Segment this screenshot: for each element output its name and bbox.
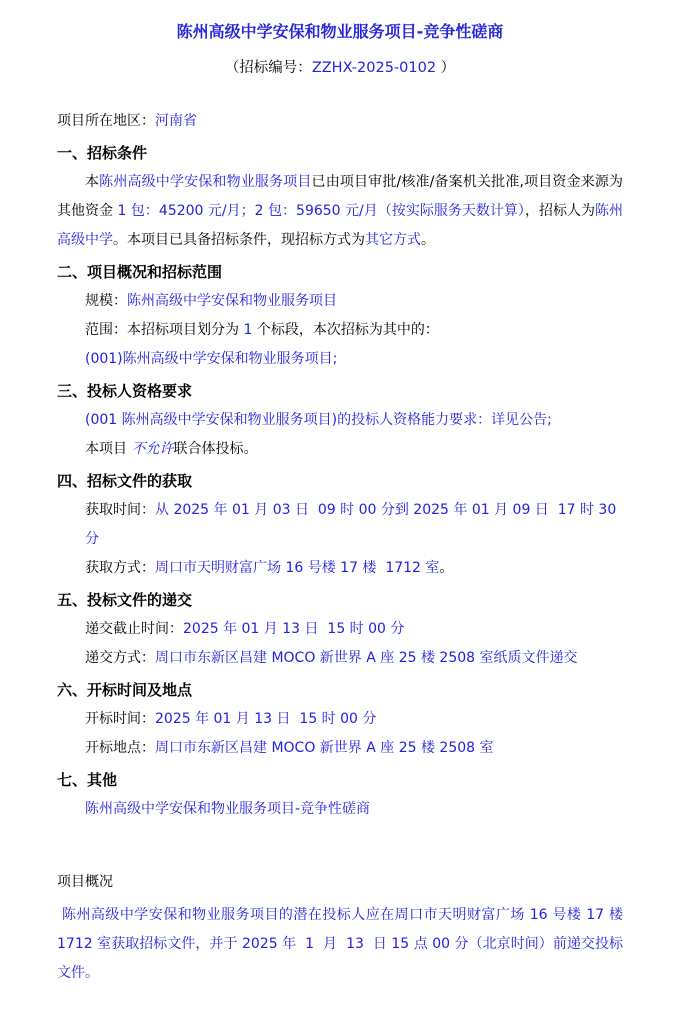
section-7-heading: 七、其他 — [57, 766, 623, 795]
section-5-heading: 五、投标文件的递交 — [57, 586, 623, 615]
text-run: 联合体投标。 — [173, 441, 257, 457]
tender-number-label: （招标编号： — [225, 60, 312, 76]
obtain-way-value: 周口市天明财富广场 16 号楼 17 楼 1712 室 — [155, 560, 439, 576]
text-run: 。 — [421, 232, 435, 248]
page-title: 陈州高级中学安保和物业服务项目-竞争性磋商 — [57, 20, 623, 44]
open-time-label: 开标时间： — [85, 711, 155, 727]
lot-line: (001)陈州高级中学安保和物业服务项目; — [57, 345, 623, 374]
text-run: ，招标人为 — [525, 203, 595, 219]
text-run: 本项目 — [85, 441, 131, 457]
section-4-heading: 四、招标文件的获取 — [57, 467, 623, 496]
section-1-paragraph: 本陈州高级中学安保和物业服务项目已由项目审批/核准/备案机关批准,项目资金来源为… — [57, 168, 623, 255]
scope-label: 范围：本招标项目划分为 — [85, 322, 243, 338]
tender-number-code: ZZHX-2025-0102 — [312, 60, 436, 76]
scale-line: 规模：陈州高级中学安保和物业服务项目 — [57, 287, 623, 316]
scope-line: 范围：本招标项目划分为 1 个标段，本次招标为其中的： — [57, 316, 623, 345]
open-place-label: 开标地点： — [85, 740, 155, 756]
section-6-heading: 六、开标时间及地点 — [57, 676, 623, 705]
obtain-way-line: 获取方式：周口市天明财富广场 16 号楼 17 楼 1712 室。 — [57, 554, 623, 583]
joint-bid-line: 本项目 不允许联合体投标。 — [57, 435, 623, 464]
open-time-line: 开标时间：2025 年 01 月 13 日 15 时 00 分 — [57, 705, 623, 734]
submit-deadline-value: 2025 年 01 月 13 日 15 时 00 分 — [183, 621, 404, 637]
submit-way-line: 递交方式：周口市东新区昌建 MOCO 新世界 A 座 25 楼 2508 室纸质… — [57, 644, 623, 673]
tender-method: 其它方式 — [365, 232, 421, 248]
project-name: 陈州高级中学安保和物业服务项目 — [99, 174, 311, 190]
joint-bid-not-allowed: 不允许 — [131, 441, 173, 457]
tender-number-close: ） — [436, 60, 455, 76]
submit-deadline-line: 递交截止时间：2025 年 01 月 13 日 15 时 00 分 — [57, 615, 623, 644]
region-label: 项目所在地区： — [57, 113, 155, 129]
obtain-time-label: 获取时间： — [85, 502, 155, 518]
overview-paragraph: 陈州高级中学安保和物业服务项目的潜在投标人应在周口市天明财富广场 16 号楼 1… — [57, 901, 623, 988]
scope-rest: 个标段，本次招标为其中的： — [252, 322, 438, 338]
obtain-time-value: 从 2025 年 01 月 03 日 09 时 00 分到 2025 年 01 … — [85, 502, 621, 547]
section-7-content: 陈州高级中学安保和物业服务项目-竞争性磋商 — [57, 795, 623, 824]
scale-label: 规模： — [85, 293, 127, 309]
region-value: 河南省 — [155, 113, 197, 129]
submit-way-label: 递交方式： — [85, 650, 155, 666]
obtain-way-label: 获取方式： — [85, 560, 155, 576]
obtain-time-line: 获取时间：从 2025 年 01 月 03 日 09 时 00 分到 2025 … — [57, 496, 623, 554]
section-3-heading: 三、投标人资格要求 — [57, 377, 623, 406]
funding-amounts: 1 包：45200 元/月；2 包：59650 元/月（按实际服务天数计算） — [118, 203, 525, 219]
text-run: 本 — [85, 174, 99, 190]
open-time-value: 2025 年 01 月 13 日 15 时 00 分 — [155, 711, 376, 727]
open-place-line: 开标地点：周口市东新区昌建 MOCO 新世界 A 座 25 楼 2508 室 — [57, 734, 623, 763]
tender-number-line: （招标编号：ZZHX-2025-0102 ） — [57, 54, 623, 83]
submit-deadline-label: 递交截止时间： — [85, 621, 183, 637]
overview-heading: 项目概况 — [57, 868, 623, 897]
project-region-line: 项目所在地区：河南省 — [57, 107, 623, 136]
submit-way-value: 周口市东新区昌建 MOCO 新世界 A 座 25 楼 2508 室纸质文件递交 — [155, 650, 578, 666]
text-run: 。本项目已具备招标条件，现招标方式为 — [113, 232, 365, 248]
qualification-line: (001 陈州高级中学安保和物业服务项目)的投标人资格能力要求：详见公告; — [57, 406, 623, 435]
tender-notice-document: 陈州高级中学安保和物业服务项目-竞争性磋商 （招标编号：ZZHX-2025-01… — [0, 0, 680, 1014]
section-1-heading: 一、招标条件 — [57, 139, 623, 168]
scale-value: 陈州高级中学安保和物业服务项目 — [127, 293, 337, 309]
section-2-heading: 二、项目概况和招标范围 — [57, 258, 623, 287]
text-run: 。 — [439, 560, 453, 576]
open-place-value: 周口市东新区昌建 MOCO 新世界 A 座 25 楼 2508 室 — [155, 740, 494, 756]
